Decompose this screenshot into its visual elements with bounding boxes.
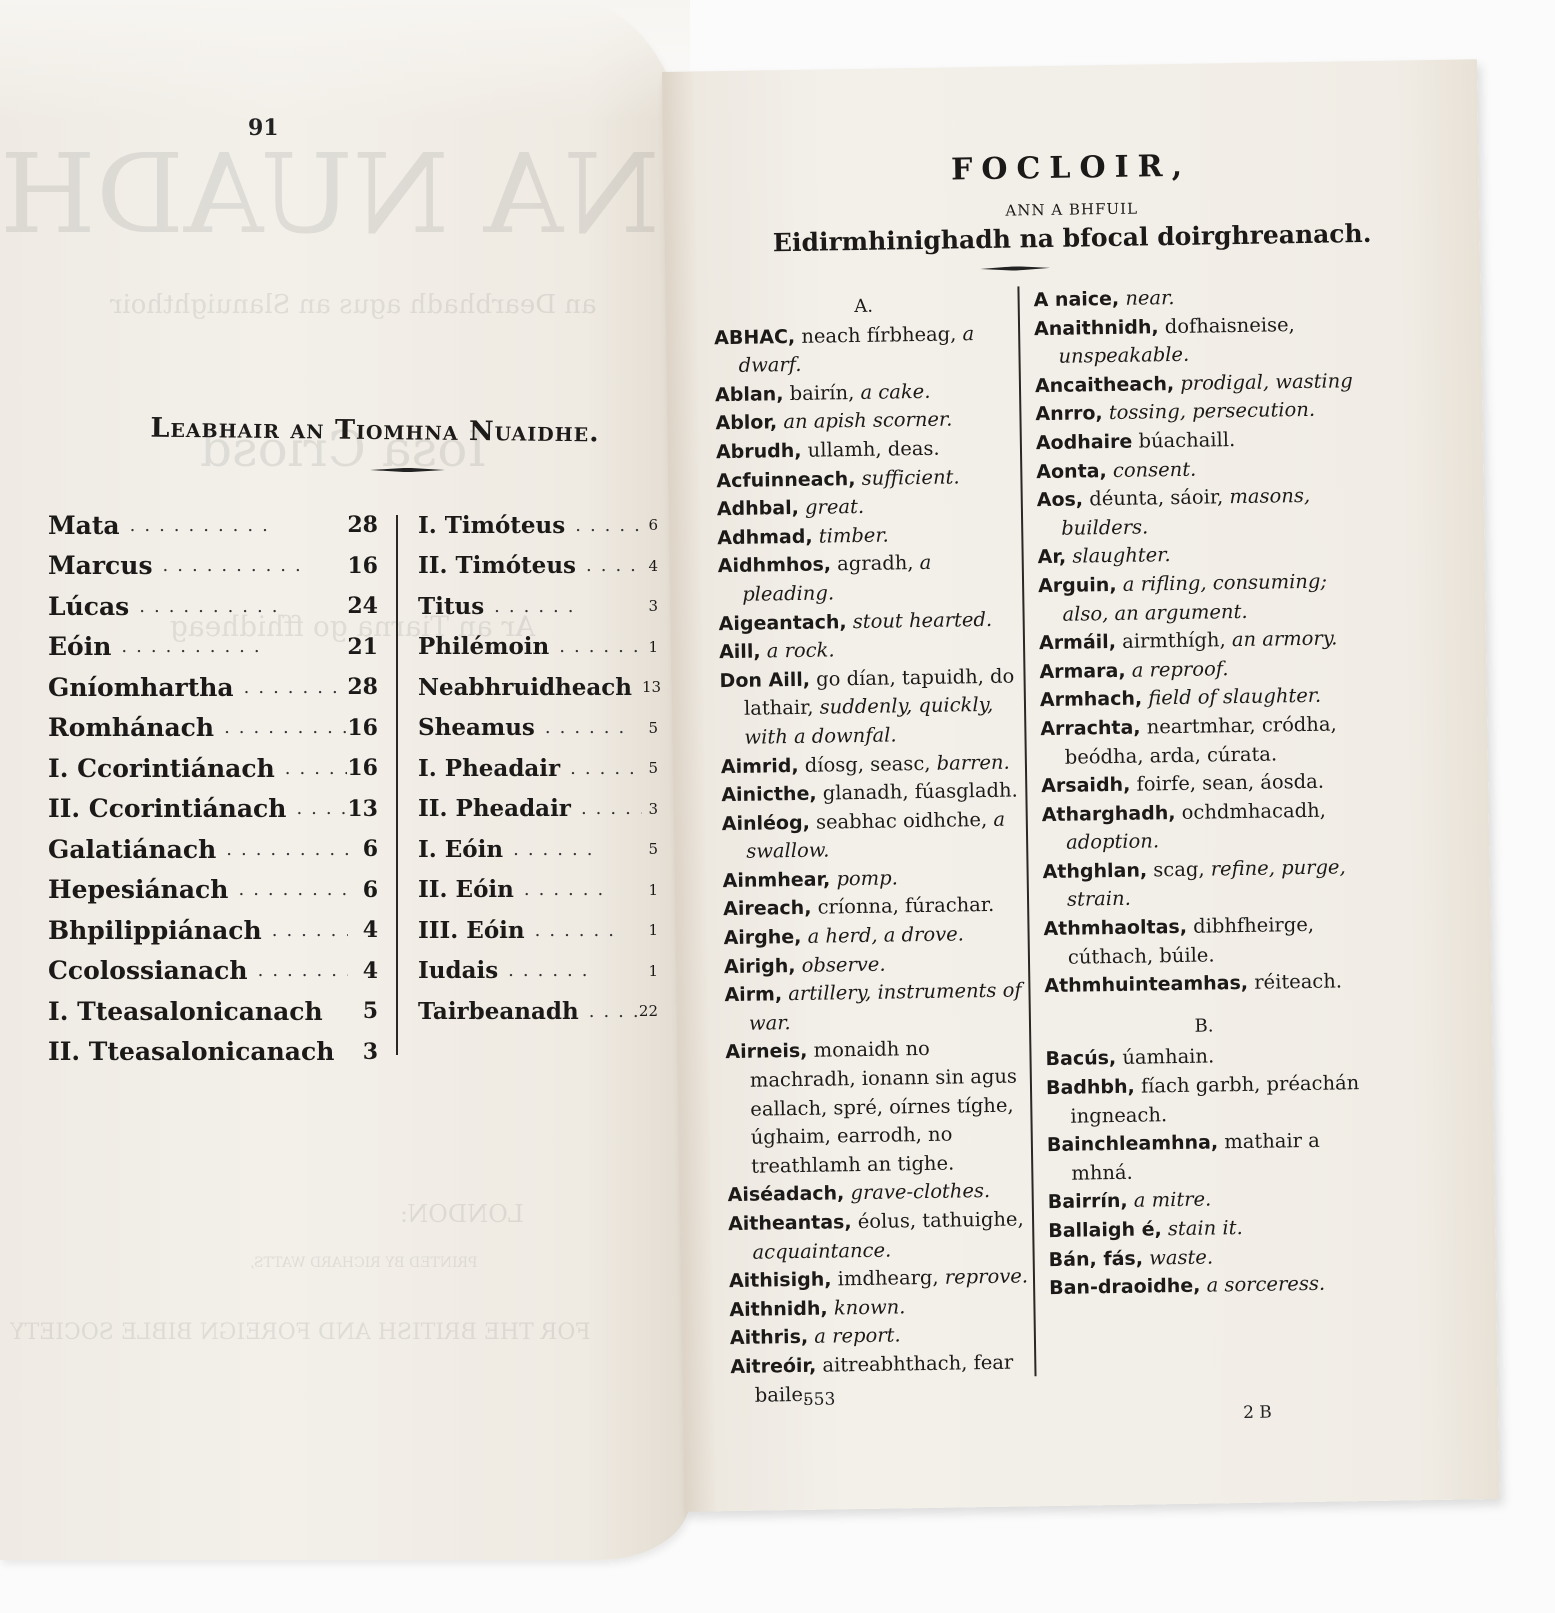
chapter-count: 3 — [642, 800, 658, 818]
glossary-entry: Aitheantas, éolus, tathuighe, acquaintan… — [728, 1205, 1029, 1267]
chapter-count: 28 — [347, 674, 378, 700]
english-gloss: grave-clothes. — [844, 1179, 990, 1204]
glossary-entry: Armáil, airmthígh, an armory. — [1039, 624, 1357, 658]
headword: Airigh, — [724, 955, 796, 978]
headword: Airneis, — [725, 1040, 807, 1063]
toc-row: II. Eóin......1 — [418, 870, 658, 911]
toc-row: Gníomhartha..........28 — [48, 667, 378, 708]
books-title: Leabhair an Tiomhna Nuaidhe. — [95, 412, 655, 449]
headword: Armáil, — [1039, 631, 1116, 654]
headword: Aill, — [719, 641, 761, 664]
chapter-count: 3 — [348, 1039, 378, 1065]
glossary-entry: Anrro, tossing, persecution. — [1035, 396, 1353, 430]
toc-row: I. Tteasalonicanach 5 — [48, 991, 378, 1032]
book-name: Philémoin — [418, 633, 549, 660]
leader-dots: .......... — [129, 596, 347, 617]
headword: ABHAC, — [714, 326, 795, 349]
headword: Ainmhear, — [723, 868, 831, 892]
english-gloss: observe. — [795, 952, 885, 976]
chapter-count: 5 — [348, 998, 378, 1024]
irish-gloss: bairín, — [783, 381, 854, 405]
book-name: Titus — [418, 593, 484, 620]
english-gloss: a rock. — [760, 638, 834, 662]
english-gloss: unspeakable. — [1058, 343, 1189, 368]
ornamental-rule — [370, 468, 445, 472]
headword: Ballaigh é, — [1048, 1218, 1162, 1242]
headword: Aodhaire — [1036, 431, 1133, 455]
headword: Aimrid, — [721, 754, 799, 777]
leader-dots: .......... — [275, 758, 348, 779]
glossary-entry: Aos, déunta, sáoir, masons, builders. — [1037, 481, 1356, 543]
chapter-count: 1 — [642, 921, 658, 939]
headword: Armara, — [1039, 660, 1125, 683]
ornamental-rule — [980, 266, 1050, 271]
glossary-title: FOCLOIR, — [663, 144, 1478, 192]
leader-dots: .......... — [111, 636, 347, 657]
leader-dots: ...... — [565, 515, 642, 536]
glossary-entry: Airm, artillery, instruments of war. — [724, 977, 1025, 1039]
leader-dots: ...... — [579, 1001, 639, 1022]
irish-gloss: foirfe, sean, áosda. — [1130, 770, 1324, 796]
leader-dots: .......... — [234, 677, 348, 698]
headword: Ainicthe, — [721, 783, 817, 806]
glossary-entry: Badhbh, fíach garbh, préachán ingneach. — [1046, 1069, 1365, 1131]
book-name: Gníomhartha — [48, 673, 234, 702]
column-divider — [396, 515, 398, 1055]
irish-gloss: díosg, seasc, — [798, 751, 930, 776]
toc-row: Iudais......1 — [418, 951, 658, 992]
headword: Anrro, — [1035, 402, 1103, 425]
english-gloss: barren. — [930, 750, 1010, 774]
glossary-entry: Arrachta, neartmhar, cródha, beódha, ard… — [1040, 710, 1359, 772]
english-gloss: great. — [799, 495, 865, 519]
glossary-column-left: A. ABHAC, neach fírbheag, a dwarf. Ablan… — [713, 287, 1031, 1411]
irish-gloss: éolus, tathuighe, — [851, 1207, 1023, 1233]
glossary-entry: Aigeantach, stout hearted. — [718, 605, 1018, 638]
leader-dots: .......... — [153, 555, 348, 576]
chapter-count: 5 — [642, 719, 658, 737]
english-gloss: tossing, persecution. — [1102, 398, 1315, 424]
book-name: I. Ccorintiánach — [48, 754, 275, 783]
glossary-entry: Ban-draoidhe, a sorceress. — [1049, 1269, 1367, 1303]
leader-dots: .......... — [216, 839, 348, 860]
headword: Aonta, — [1036, 460, 1107, 483]
english-gloss: known. — [827, 1295, 905, 1319]
right-page: FOCLOIR, ANN A BHFUIL Eidirmhinighadh na… — [662, 59, 1500, 1512]
glossary-entry: Atharghadh, ochdmhacadh, adoption. — [1041, 796, 1360, 858]
leader-dots: ...... — [514, 879, 642, 900]
chapter-count: 13 — [642, 678, 658, 696]
chapter-count: 13 — [347, 796, 378, 822]
toc-row: II. Timóteus......4 — [418, 546, 658, 587]
book-name: Lúcas — [48, 592, 129, 621]
leader-dots: ...... — [535, 717, 642, 738]
book-name: I. Eóin — [418, 836, 503, 863]
books-table-of-contents: Mata..........28 Marcus..........16 Lúca… — [48, 505, 668, 1055]
headword: Athmhaoltas, — [1043, 916, 1187, 940]
headword: Aithisigh, — [729, 1269, 832, 1293]
chapter-count: 16 — [347, 553, 378, 579]
chapter-count: 16 — [347, 715, 378, 741]
chapter-count: 1 — [642, 881, 658, 899]
headword: Anaithnidh, — [1034, 316, 1159, 340]
headword: Aitreóir, — [730, 1355, 816, 1378]
irish-gloss: críonna, fúrachar. — [811, 893, 994, 919]
toc-row: Tairbeanadh......22 — [418, 991, 658, 1032]
book-name: II. Tteasalonicanach — [48, 1037, 334, 1066]
glossary-entry: Arguin, a rifling, consuming; also, an a… — [1038, 567, 1357, 629]
book-name: Sheamus — [418, 714, 535, 741]
english-gloss: an armory. — [1225, 627, 1337, 652]
english-gloss: waste. — [1143, 1245, 1213, 1269]
glossary-entry: ABHAC, neach fírbheag, a dwarf. — [714, 319, 1015, 381]
book-name: Romhánach — [48, 713, 214, 742]
headword: Aos, — [1037, 489, 1084, 512]
leader-dots: ...... — [503, 839, 642, 860]
headword: Ablor, — [715, 412, 777, 435]
english-gloss: an apish scorner. — [777, 408, 953, 434]
glossary-entry: Aitreóir, aitreabhthach, fear baile. — [730, 1348, 1031, 1410]
book-name: III. Eóin — [418, 917, 525, 944]
headword: Bacús, — [1045, 1047, 1116, 1070]
glossary-column-right: A naice, near. Anaithnidh, dofhaisneise,… — [1033, 281, 1367, 1303]
ghost-line: PRINTED BY RICHARD WATTS, — [250, 1255, 478, 1271]
irish-gloss: búachaill. — [1132, 428, 1235, 453]
chapter-count: 16 — [347, 755, 378, 781]
book-name: Marcus — [48, 551, 153, 580]
english-gloss: slaughter. — [1066, 543, 1171, 568]
headword: Bán, fás, — [1049, 1247, 1144, 1270]
headword: Bairrín, — [1048, 1190, 1128, 1213]
chapter-count: 21 — [347, 634, 378, 660]
english-gloss: prodigal, wasting — [1174, 369, 1353, 395]
headword: Abrudh, — [716, 440, 802, 463]
leader-dots: ...... — [498, 960, 642, 981]
chapter-count: 6 — [642, 516, 658, 534]
chapter-count: 22 — [639, 1002, 658, 1020]
toc-row: Eóin..........21 — [48, 627, 378, 668]
leader-dots: .......... — [286, 798, 347, 819]
headword: Atharghadh, — [1042, 802, 1176, 826]
glossary-entry: Don Aill, go dían, tapuidh, do lathair, … — [719, 662, 1020, 752]
toc-row: Sheamus......5 — [418, 708, 658, 749]
headword: Aithnidh, — [729, 1297, 828, 1321]
headword: Armhach, — [1040, 688, 1143, 712]
irish-gloss: neach fírbheag, — [795, 322, 957, 348]
glossary-entry: Aidhmhos, agradh, a pleading. — [718, 548, 1019, 610]
english-gloss: a mitre. — [1127, 1188, 1211, 1212]
ghost-line: LONDON: — [400, 1200, 524, 1228]
headword: Aigeantach, — [719, 611, 847, 635]
headword: Aitheantas, — [728, 1211, 852, 1235]
english-gloss: consent. — [1107, 457, 1197, 481]
english-gloss: adoption. — [1066, 830, 1159, 854]
book-name: II. Eóin — [418, 876, 514, 903]
chapter-count: 4 — [348, 958, 378, 984]
irish-gloss: dofhaisneise, — [1158, 313, 1295, 338]
english-gloss: field of slaughter. — [1142, 684, 1321, 710]
toc-column-right: I. Timóteus......6 II. Timóteus......4 T… — [418, 505, 658, 1032]
chapter-count: 1 — [642, 638, 658, 656]
book-name: I. Tteasalonicanach — [48, 997, 323, 1026]
headword: A naice, — [1033, 288, 1119, 311]
book-name: Ccolossianach — [48, 956, 248, 985]
headword: Don Aill, — [719, 668, 810, 691]
headword: Airghe, — [723, 926, 801, 949]
chapter-count: 3 — [642, 597, 658, 615]
english-gloss: stain it. — [1162, 1216, 1243, 1240]
headword: Athghlan, — [1042, 859, 1147, 883]
chapter-count: 5 — [642, 759, 658, 777]
book-name: II. Ccorintiánach — [48, 794, 286, 823]
headword: Athmhuinteamhas, — [1044, 972, 1248, 997]
glossary-entry: Bainchleamhna, mathair a mhná. — [1047, 1126, 1366, 1188]
english-gloss: a cake. — [854, 380, 930, 404]
toc-column-left: Mata..........28 Marcus..........16 Lúca… — [48, 505, 378, 1072]
english-gloss: artillery, instruments of war. — [749, 979, 1022, 1035]
headword: Aiséadach, — [727, 1183, 844, 1207]
toc-row: I. Pheadair......5 — [418, 748, 658, 789]
book-name: Bhpilippiánach — [48, 916, 262, 945]
toc-row: Philémoin......1 — [418, 627, 658, 668]
toc-row: Titus......3 — [418, 586, 658, 627]
chapter-count: 24 — [347, 593, 378, 619]
headword: Ainléog, — [722, 811, 810, 834]
headword: Aidhmhos, — [718, 554, 832, 578]
ghost-line: FOR THE BRITISH AND FOREIGN BIBLE SOCIET… — [10, 1320, 591, 1345]
english-gloss: a sorceress. — [1200, 1272, 1325, 1297]
irish-gloss: ochdmhacadh, — [1175, 798, 1326, 823]
headword: Ablan, — [715, 383, 784, 406]
irish-gloss: déunta, sáoir, — [1083, 485, 1224, 510]
toc-row: III. Eóin......1 — [418, 910, 658, 951]
irish-gloss: airmthígh, — [1116, 628, 1226, 653]
book-name: Galatiánach — [48, 835, 216, 864]
chapter-count: 6 — [348, 877, 378, 903]
english-gloss: pomp. — [830, 866, 898, 890]
irish-gloss: scag, — [1147, 857, 1205, 881]
english-gloss: reprove. — [938, 1265, 1028, 1289]
irish-gloss: imdhearg, — [831, 1266, 938, 1291]
toc-row: Romhánach..........16 — [48, 708, 378, 749]
book-name: II. Pheadair — [418, 795, 571, 822]
leader-dots: .......... — [228, 879, 348, 900]
book-name: Mata — [48, 511, 120, 540]
glossary-subtitle-irish: Eidirmhinighadh na bfocal doirghreanach. — [664, 217, 1479, 259]
english-gloss: near. — [1119, 286, 1175, 310]
toc-row: Galatiánach..........6 — [48, 829, 378, 870]
headword: Adhbal, — [717, 497, 799, 520]
chapter-count: 6 — [348, 836, 378, 862]
glossary-entry: Airneis, monaidh no machradh, ionann sin… — [725, 1034, 1027, 1182]
glossary-entry: Arsaidh, foirfe, sean, áosda. — [1041, 767, 1359, 801]
english-gloss: a reproof. — [1125, 657, 1228, 682]
leader-dots: ...... — [571, 798, 642, 819]
leader-dots: .......... — [248, 960, 348, 981]
left-page: TIOMNA NUADH an Dearbhadh agus an Slanui… — [0, 0, 690, 1560]
page-number: 553 — [803, 1389, 836, 1410]
toc-row: I. Eóin......5 — [418, 829, 658, 870]
leader-dots: .......... — [214, 717, 347, 738]
glossary-entry: Aithisigh, imdhearg, reprove. — [729, 1263, 1029, 1296]
book-name: I. Timóteus — [418, 512, 565, 539]
leader-dots: ...... — [560, 758, 642, 779]
toc-row: Lúcas..........24 — [48, 586, 378, 627]
letter-heading: B. — [1045, 1010, 1363, 1044]
irish-gloss: réiteach. — [1248, 970, 1342, 994]
glossary-entry: Ainicthe, glanadh, fúasgladh. — [721, 777, 1021, 810]
toc-row: Ccolossianach..........4 — [48, 951, 378, 992]
toc-row: Marcus..........16 — [48, 546, 378, 587]
glossary-entry: Aireach, críonna, fúrachar. — [723, 891, 1023, 924]
glossary-entry: Athghlan, scag, refine, purge, strain. — [1042, 853, 1361, 915]
toc-row: II. Tteasalonicanach 3 — [48, 1032, 378, 1073]
book-name: Iudais — [418, 957, 498, 984]
english-gloss: a report. — [808, 1324, 901, 1348]
headword: Ancaitheach, — [1035, 373, 1174, 397]
headword: Airm, — [724, 983, 782, 1006]
english-gloss: stout hearted. — [846, 607, 992, 632]
glossary-entry: Athmhaoltas, dibhfheirge, cúthach, búile… — [1043, 910, 1362, 972]
toc-row: Mata..........28 — [48, 505, 378, 546]
toc-row: II. Ccorintiánach..........13 — [48, 789, 378, 830]
leader-dots: ...... — [632, 677, 642, 698]
headword: Aithris, — [730, 1326, 809, 1349]
english-gloss: acquaintance. — [752, 1238, 891, 1263]
headword: Bainchleamhna, — [1047, 1132, 1219, 1157]
irish-gloss: ullamh, deas. — [801, 437, 940, 462]
leader-dots: .......... — [120, 515, 348, 536]
glossary-entry: Athmhuinteamhas, réiteach. — [1044, 967, 1362, 1001]
irish-gloss: glanadh, fúasgladh. — [816, 779, 1018, 805]
headword: Acfuinneach, — [716, 468, 855, 492]
irish-gloss: úamhain. — [1116, 1045, 1214, 1070]
glossary-entry: Anaithnidh, dofhaisneise, unspeakable. — [1034, 310, 1353, 372]
chapter-count: 4 — [642, 557, 658, 575]
toc-row: II. Pheadair......3 — [418, 789, 658, 830]
headword: Aireach, — [723, 897, 812, 920]
leader-dots: ...... — [525, 920, 642, 941]
toc-row: Neabhruidheach......13 — [418, 667, 658, 708]
leader-dots: .......... — [262, 920, 348, 941]
book-name: Hepesiánach — [48, 875, 228, 904]
toc-row: Hepesiánach..........6 — [48, 870, 378, 911]
headword: Badhbh, — [1046, 1076, 1135, 1099]
book-name: Tairbeanadh — [418, 998, 579, 1025]
toc-row: I. Ccorintiánach..........16 — [48, 748, 378, 789]
headword: Arguin, — [1038, 574, 1117, 597]
leader-dots: ...... — [576, 555, 642, 576]
headword: Ban-draoidhe, — [1049, 1275, 1201, 1299]
headword: Arrachta, — [1040, 716, 1141, 740]
leader-dots: ...... — [484, 596, 642, 617]
english-gloss: a herd, a drove. — [801, 922, 964, 948]
book-name: II. Timóteus — [418, 552, 576, 579]
page-marker: 91 — [248, 115, 279, 141]
headword: Ar, — [1037, 546, 1066, 568]
toc-row: I. Timóteus......6 — [418, 505, 658, 546]
irish-gloss: seabhac oidhche, — [810, 808, 988, 834]
irish-gloss: agradh, — [831, 551, 914, 575]
printer-signature-mark: 2 B — [1243, 1403, 1272, 1423]
leader-dots: ...... — [549, 636, 642, 657]
glossary-entry: Ainléog, seabhac oidhche, a swallow. — [722, 805, 1023, 867]
book-name: I. Pheadair — [418, 755, 560, 782]
ghost-line: an Dearbhadh agus an Slanuighthoir — [110, 290, 597, 320]
chapter-count: 4 — [348, 917, 378, 943]
chapter-count: 5 — [642, 840, 658, 858]
english-gloss: timber. — [812, 523, 889, 547]
headword: Adhmad, — [717, 525, 813, 548]
chapter-count: 28 — [347, 512, 378, 538]
book-name: Neabhruidheach — [418, 674, 632, 701]
book-name: Eóin — [48, 632, 111, 661]
toc-row: Bhpilippiánach..........4 — [48, 910, 378, 951]
chapter-count: 1 — [642, 962, 658, 980]
headword: Arsaidh, — [1041, 774, 1130, 797]
english-gloss: sufficient. — [855, 465, 959, 490]
